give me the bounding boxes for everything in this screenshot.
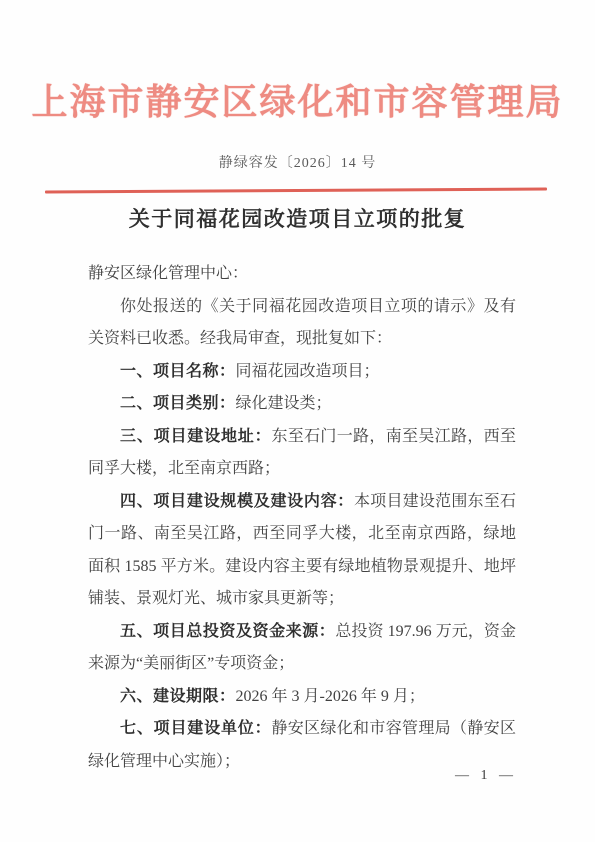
document-page: 上海市静安区绿化和市容管理局 静绿容发〔2026〕14 号 关于同福花园改造项目… [0, 0, 595, 842]
item-paragraph-2: 二、项目类别：绿化建设类； [88, 388, 516, 421]
item-paragraph-7: 七、项目建设单位：静安区绿化和市容管理局（静安区绿化管理中心实施）； [88, 713, 516, 778]
item-label: 七、项目建设单位： [120, 720, 271, 737]
item-label: 二、项目类别： [120, 395, 236, 412]
issuing-authority-title: 上海市静安区绿化和市容管理局 [0, 74, 595, 125]
item-paragraph-4: 四、项目建设规模及建设内容：本项目建设范围东至石门一路、南至吴江路，西至同孚大楼… [88, 486, 516, 616]
item-label: 四、项目建设规模及建设内容： [120, 493, 354, 510]
item-label: 六、建设期限： [120, 688, 236, 705]
document-body: 静安区绿化管理中心： 你处报送的《关于同福花园改造项目立项的请示》及有关资料已收… [88, 258, 516, 778]
item-paragraph-6: 六、建设期限：2026 年 3 月-2026 年 9 月； [88, 681, 516, 714]
intro-paragraph: 你处报送的《关于同福花园改造项目立项的请示》及有关资料已收悉。经我局审查，现批复… [88, 291, 516, 356]
document-reference-number: 静绿容发〔2026〕14 号 [0, 152, 595, 172]
page-number: — 1 — [455, 768, 517, 784]
item-text: 2026 年 3 月-2026 年 9 月； [236, 688, 425, 705]
addressee-line: 静安区绿化管理中心： [88, 258, 516, 291]
item-paragraph-3: 三、项目建设地址：东至石门一路，南至吴江路，西至同孚大楼，北至南京西路； [88, 421, 516, 486]
document-title: 关于同福花园改造项目立项的批复 [0, 203, 595, 233]
item-label: 三、项目建设地址： [120, 428, 271, 445]
item-paragraph-1: 一、项目名称：同福花园改造项目； [88, 356, 516, 389]
header-divider-rule [45, 187, 547, 193]
item-text: 绿化建设类； [236, 395, 332, 412]
item-text: 同福花园改造项目； [236, 363, 380, 380]
item-label: 五、项目总投资及资金来源： [120, 623, 335, 640]
item-paragraph-5: 五、项目总投资及资金来源：总投资 197.96 万元，资金来源为“美丽街区”专项… [88, 616, 516, 681]
item-label: 一、项目名称： [120, 363, 236, 380]
